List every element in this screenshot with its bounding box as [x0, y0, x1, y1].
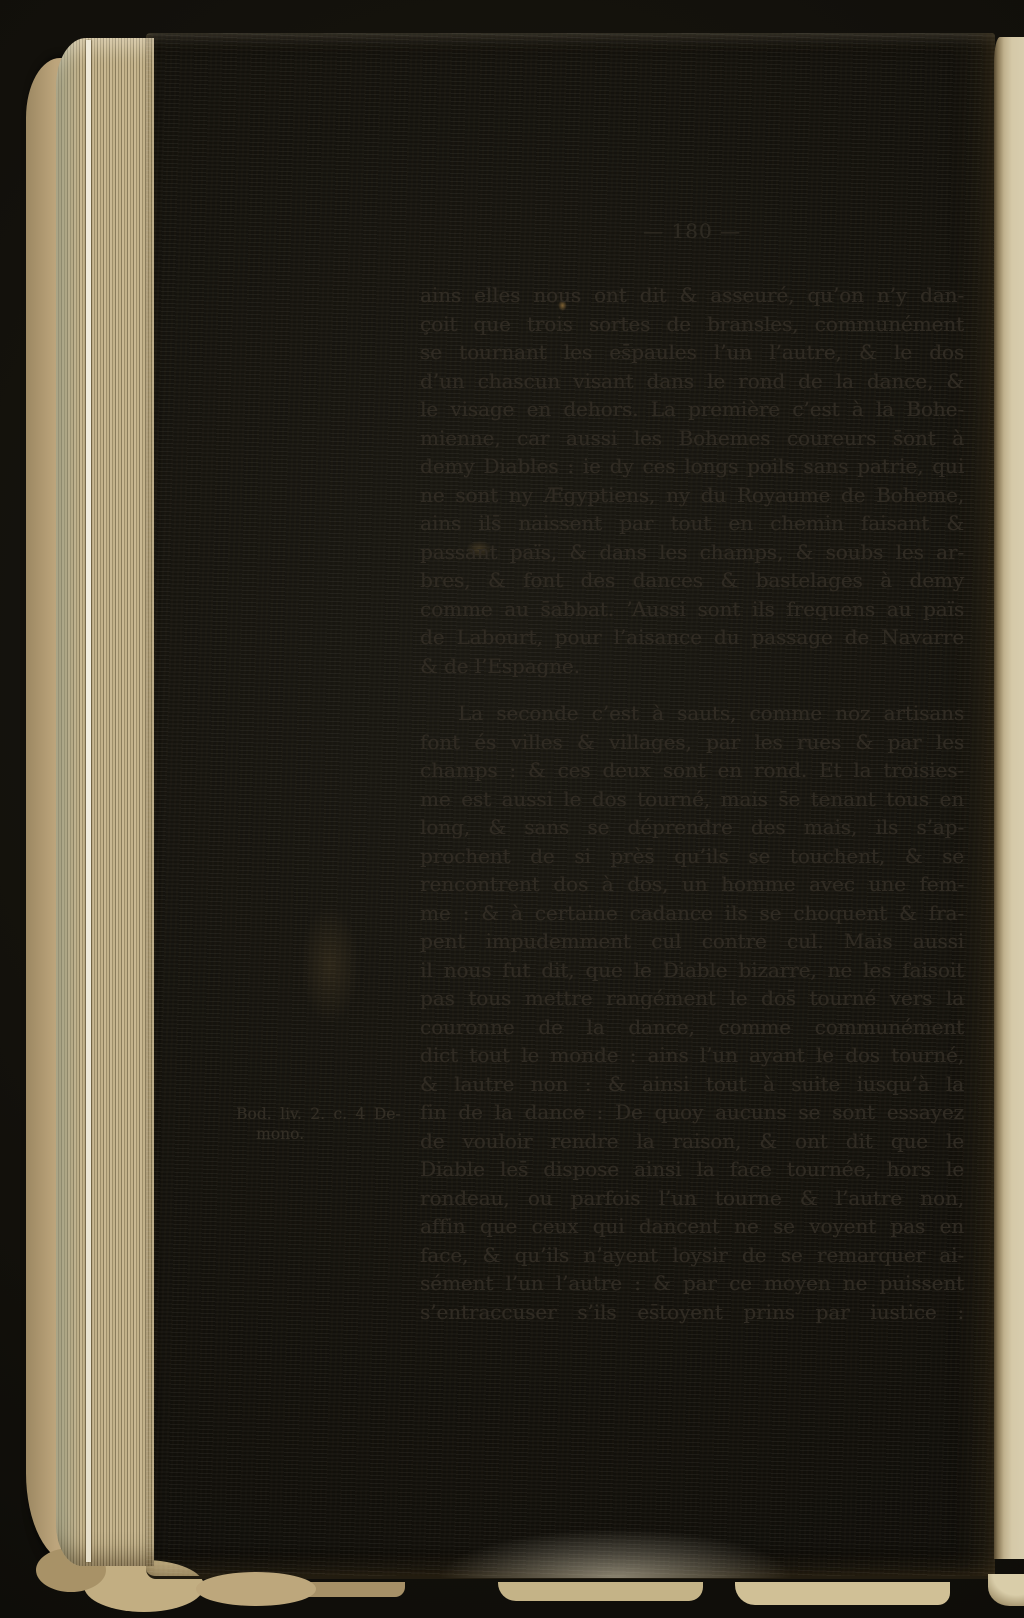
paragraph-2: La seconde c’est à sauts, comme noz arti… — [420, 699, 964, 1326]
text-line: çoit que trois sortes de bransles, commu… — [420, 310, 964, 339]
text-line: & de l’Espagne. — [420, 652, 964, 681]
text-line: ains elles nous ont dit & asseuré, qu’on… — [420, 281, 964, 310]
text-line: se tournant les es̄paules l’un l’autre, … — [420, 338, 964, 367]
text-line: champs : & ces deux sont en rond. Et la … — [420, 756, 964, 785]
text-line: fin de la dance : De quoy aucuns se sont… — [420, 1098, 964, 1127]
next-page-edge — [994, 37, 1024, 1559]
text-line: passant païs, & dans les champs, & soubs… — [420, 538, 964, 567]
white-page-edge-ribbon — [86, 40, 91, 1562]
text-line: affin que ceux qui dancent ne se voyent … — [420, 1212, 964, 1241]
text-line: de vouloir rendre la raison, & ont dit q… — [420, 1127, 964, 1156]
margin-note-line: mono. — [236, 1124, 414, 1144]
text-line: La seconde c’est à sauts, comme noz arti… — [420, 699, 964, 728]
text-line: s’entraccuser s’ils es̄toyent prins par … — [420, 1298, 964, 1327]
margin-note: Bod. liv. 2. c. 4 De-mono. — [236, 1104, 414, 1144]
text-line: sément l’un l’autre : & par ce moyen ne … — [420, 1269, 964, 1298]
text-line: face, & qu’ils n’ayent loysir de se rema… — [420, 1241, 964, 1270]
text-line: mienne, car aussi les Bohemes coureurs s… — [420, 424, 964, 453]
text-line: pas tous mettre rangément le dos̄ tourné… — [420, 984, 964, 1013]
text-line: me est aussi le dos tourné, mais s̄e ten… — [420, 785, 964, 814]
page-edges-stack — [56, 38, 154, 1566]
bottom-page-fragment — [498, 1582, 703, 1601]
text-line: long, & sans se déprendre des mais, ils … — [420, 813, 964, 842]
text-line: le visage en dehors. La première c’est à… — [420, 395, 964, 424]
text-line: il nous fut dit, que le Diable bizarre, … — [420, 956, 964, 985]
page-number: — 180 — — [420, 219, 964, 243]
text-line: font és villes & villages, par les rues … — [420, 728, 964, 757]
body-text: ains elles nous ont dit & asseuré, qu’on… — [420, 281, 964, 1326]
text-line: me : & à certaine cadance ils se choquen… — [420, 899, 964, 928]
text-line: pent impudemment cul contre cul. Mais au… — [420, 927, 964, 956]
text-line: Diable les̄ dispose ainsi la face tourné… — [420, 1155, 964, 1184]
text-line: ains ils̄ naissent par tout en chemin fa… — [420, 509, 964, 538]
margin-note-line: Bod. liv. 2. c. 4 De- — [236, 1104, 414, 1124]
bottom-page-fragment — [735, 1582, 950, 1605]
text-line: ne sont ny Ægyptiens, ny du Royaume de B… — [420, 481, 964, 510]
paragraph-1: ains elles nous ont dit & asseuré, qu’on… — [420, 281, 964, 680]
text-line: demy Diables : ie dy ces longs poils san… — [420, 452, 964, 481]
text-line: bres, & font des dances & bastelages à d… — [420, 566, 964, 595]
bottom-page-fragment — [988, 1574, 1024, 1606]
text-line: rondeau, ou parfois l’un tourne & l’autr… — [420, 1184, 964, 1213]
text-line: d’un chascun visant dans le rond de la d… — [420, 367, 964, 396]
page-bottom-curl-highlight — [406, 1508, 826, 1578]
text-line: dict tout le monde : ains l’un ayant le … — [420, 1041, 964, 1070]
text-line: de Labourt, pour l’aisance du passage de… — [420, 623, 964, 652]
text-line: rencontrent dos à dos, un homme avec une… — [420, 870, 964, 899]
text-line: & lautre non : & ainsi tout à suite iusq… — [420, 1070, 964, 1099]
text-line: comme au s̄abbat. ʼAussi sont ils freque… — [420, 595, 964, 624]
deckle-bump — [196, 1572, 316, 1606]
text-line: prochent de si près̄ qu’ils se touchent,… — [420, 842, 964, 871]
text-line: couronne de la dance, comme communément — [420, 1013, 964, 1042]
